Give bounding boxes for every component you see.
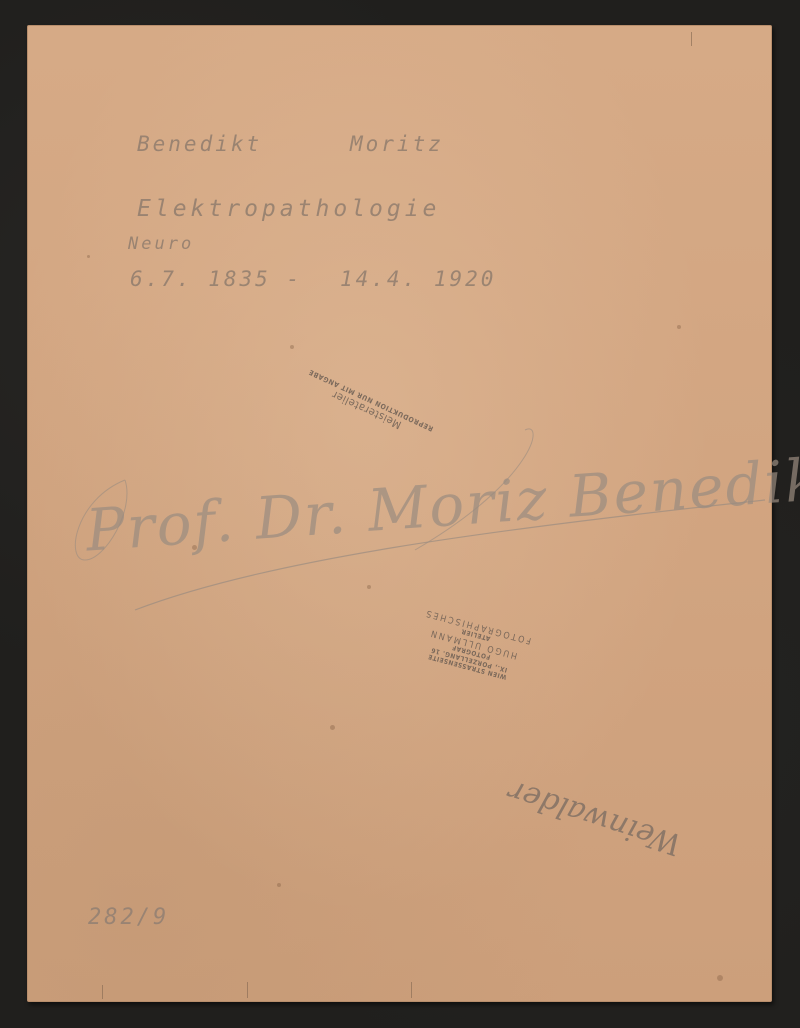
foxing-spot	[717, 975, 723, 981]
edge-tick-mark	[411, 982, 412, 998]
foxing-spot	[330, 725, 335, 730]
foxing-spot	[87, 255, 90, 258]
signature-area: Prof. Dr. Moriz Benedikt	[65, 420, 775, 620]
note-specialty: Elektropathologie	[137, 196, 440, 222]
edge-tick-mark	[247, 982, 248, 998]
catalog-number: 282/9	[88, 905, 169, 930]
foxing-spot	[290, 345, 294, 349]
note-surname: Benedikt	[137, 132, 262, 156]
foxing-spot	[677, 325, 681, 329]
foxing-spot	[277, 883, 281, 887]
note-birth-date: 6.7. 1835 -	[130, 267, 302, 291]
edge-tick-mark	[102, 985, 103, 999]
note-given-name: Moritz	[350, 132, 444, 156]
note-death-date: 14.4. 1920	[340, 267, 496, 291]
note-field: Neuro	[128, 234, 194, 254]
edge-tick-mark	[691, 32, 692, 46]
